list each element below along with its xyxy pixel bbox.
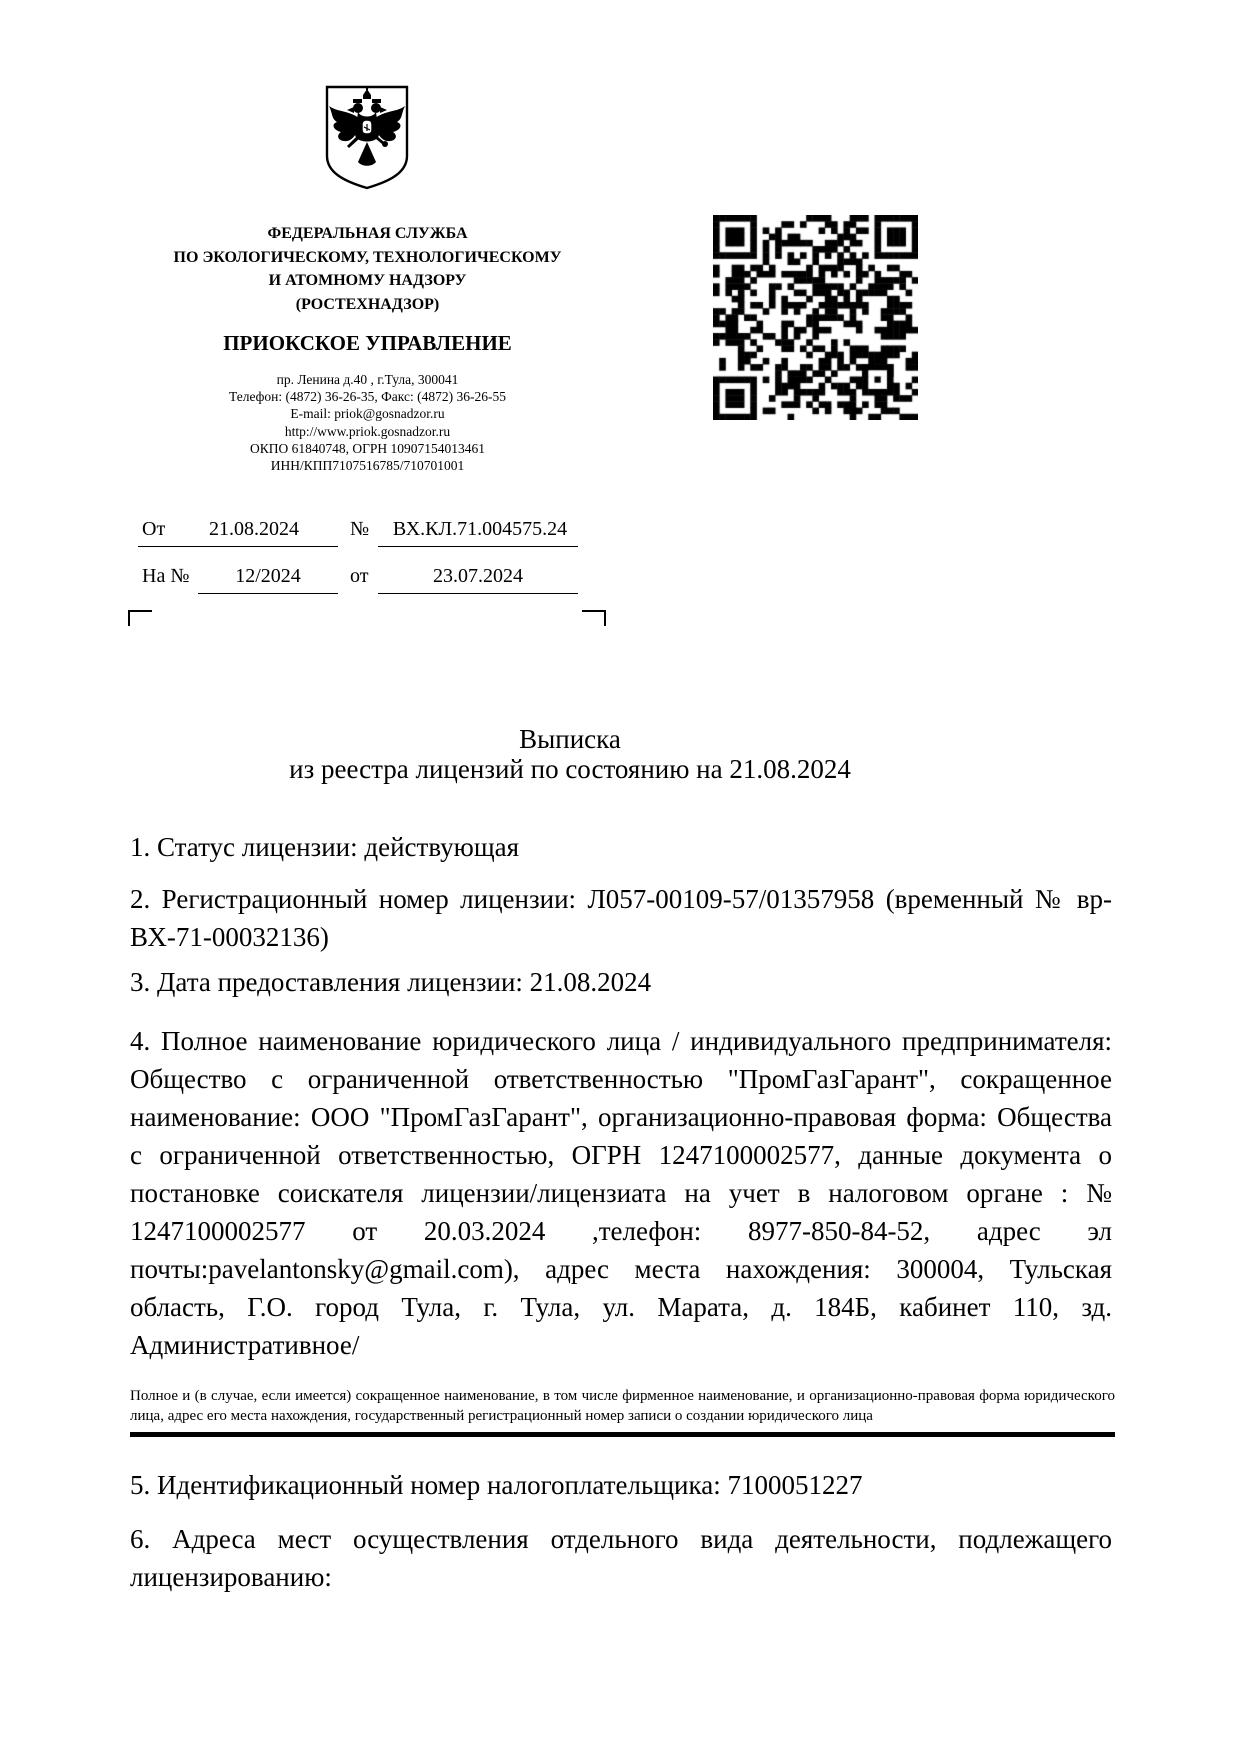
department-name: ПРИОКСКОЕ УПРАВЛЕНИЕ	[155, 331, 580, 355]
item-taxpayer-number: 5. Идентификационный номер налогоплатель…	[130, 1466, 1112, 1504]
okpo-ogrn-line: ОКПО 61840748, ОГРН 10907154013461	[155, 440, 580, 457]
from-date: 21.08.2024	[170, 517, 338, 541]
agency-name: ФЕДЕРАЛЬНАЯ СЛУЖБА ПО ЭКОЛОГИЧЕСКОМУ, ТЕ…	[155, 222, 580, 316]
qr-code	[713, 215, 918, 420]
phone-line: Телефон: (4872) 36-26-35, Факс: (4872) 3…	[155, 388, 580, 405]
divider-rule	[130, 1432, 1115, 1437]
item-license-status: 1. Статус лицензии: действующая	[130, 828, 1112, 866]
inn-kpp-line: ИНН/КПП7107516785/710701001	[155, 457, 580, 474]
contact-block: пр. Ленина д.40 , г.Тула, 300041 Телефон…	[155, 371, 580, 474]
email-line: E-mail: priok@gosnadzor.ru	[155, 405, 580, 422]
document-page: ФЕДЕРАЛЬНАЯ СЛУЖБА ПО ЭКОЛОГИЧЕСКОМУ, ТЕ…	[0, 0, 1241, 1755]
title-line2: из реестра лицензий по состоянию на 21.0…	[130, 754, 1010, 784]
coat-of-arms-icon	[321, 84, 413, 192]
corner-mark-right	[582, 610, 606, 626]
number-value: ВХ.КЛ.71.004575.24	[382, 517, 578, 541]
title-line1: Выписка	[130, 724, 1010, 754]
item-grant-date: 3. Дата предоставления лицензии: 21.08.2…	[130, 963, 1112, 1001]
of-label: от	[350, 564, 368, 588]
from-date-underline	[138, 546, 338, 547]
footnote-text: Полное и (в случае, если имеется) сокращ…	[130, 1386, 1115, 1426]
from-label: От	[142, 517, 165, 541]
agency-line: (РОСТЕХНАДЗОР)	[155, 293, 580, 317]
of-date: 23.07.2024	[378, 564, 578, 588]
website-line: http://www.priok.gosnadzor.ru	[155, 423, 580, 440]
of-date-underline	[378, 593, 578, 594]
on-number-underline	[198, 593, 338, 594]
agency-line: И АТОМНОМУ НАДЗОРУ	[155, 269, 580, 293]
corner-mark-left	[128, 610, 152, 626]
item-legal-entity-name: 4. Полное наименование юридического лица…	[130, 1022, 1112, 1364]
agency-line: ПО ЭКОЛОГИЧЕСКОМУ, ТЕХНОЛОГИЧЕСКОМУ	[155, 246, 580, 270]
document-title: Выписка из реестра лицензий по состоянию…	[130, 724, 1010, 784]
agency-line: ФЕДЕРАЛЬНАЯ СЛУЖБА	[155, 222, 580, 246]
item-registration-number: 2. Регистрационный номер лицензии: Л057-…	[130, 880, 1112, 956]
item-activity-addresses: 6. Адреса мест осуществления отдельного …	[130, 1520, 1112, 1596]
number-label: №	[350, 517, 369, 541]
address-line: пр. Ленина д.40 , г.Тула, 300041	[155, 371, 580, 388]
number-underline	[378, 546, 578, 547]
on-number-label: На №	[142, 564, 189, 588]
on-number-value: 12/2024	[198, 564, 338, 588]
